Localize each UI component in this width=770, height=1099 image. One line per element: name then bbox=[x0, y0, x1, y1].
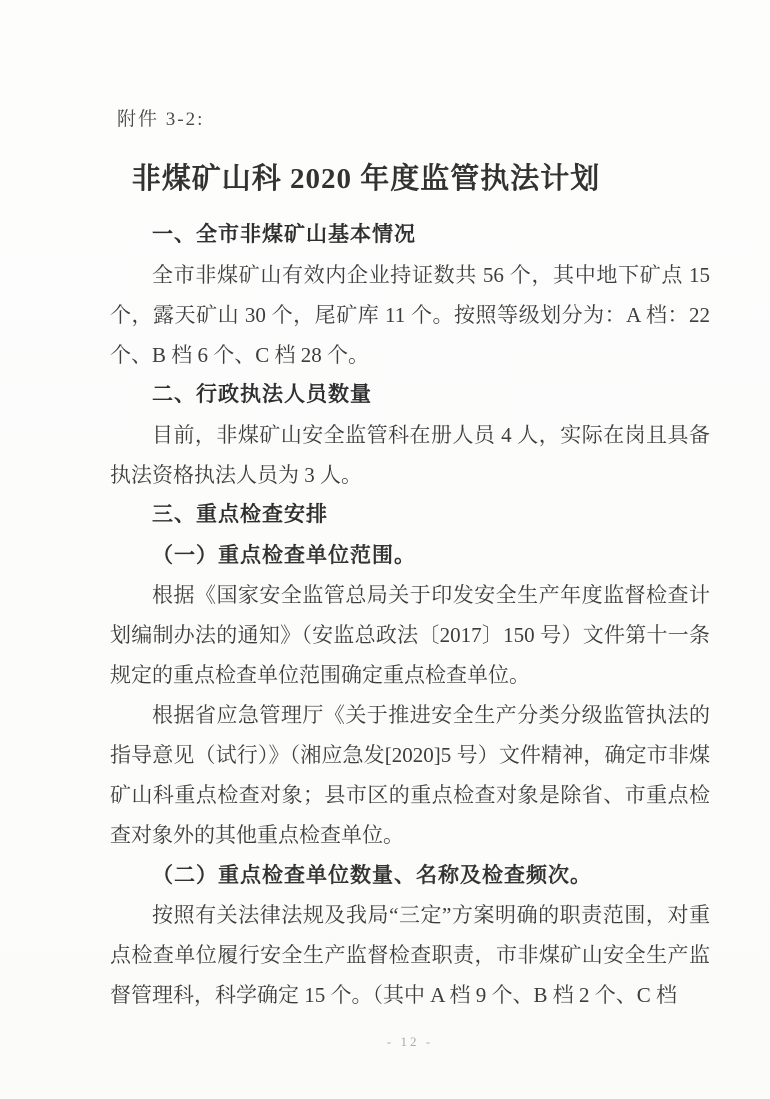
section-heading-enforcement-staff: 二、行政执法人员数量 bbox=[110, 375, 710, 415]
document-page: 附件 3-2: 非煤矿山科 2020 年度监管执法计划 一、全市非煤矿山基本情况… bbox=[0, 0, 770, 1099]
section-heading-basic-situation: 一、全市非煤矿山基本情况 bbox=[110, 215, 710, 255]
document-title: 非煤矿山科 2020 年度监管执法计划 bbox=[60, 156, 672, 197]
paragraph-scope-national-doc: 根据《国家安全监管总局关于印发安全生产年度监督检查计划编制办法的通知》（安监总政… bbox=[110, 575, 710, 695]
paragraph-mine-overview: 全市非煤矿山有效内企业持证数共 56 个，其中地下矿点 15 个，露天矿山 30… bbox=[110, 255, 710, 375]
paragraph-inspection-duty: 按照有关法律法规及我局“三定”方案明确的职责范围，对重点检查单位履行安全生产监督… bbox=[110, 895, 710, 1015]
document-body: 一、全市非煤矿山基本情况 全市非煤矿山有效内企业持证数共 56 个，其中地下矿点… bbox=[110, 215, 710, 1015]
page-number: - 12 - bbox=[110, 1034, 710, 1050]
paragraph-scope-provincial-doc: 根据省应急管理厅《关于推进安全生产分类分级监管执法的指导意见（试行）》（湘应急发… bbox=[110, 695, 710, 855]
subsection-heading-inspection-scope: （一）重点检查单位范围。 bbox=[110, 535, 710, 575]
section-heading-key-inspection: 三、重点检查安排 bbox=[110, 495, 710, 535]
attachment-label: 附件 3-2: bbox=[117, 104, 204, 131]
subsection-heading-inspection-frequency: （二）重点检查单位数量、名称及检查频次。 bbox=[110, 855, 710, 895]
paragraph-staff-count: 目前，非煤矿山安全监管科在册人员 4 人，实际在岗且具备执法资格执法人员为 3 … bbox=[110, 415, 710, 495]
